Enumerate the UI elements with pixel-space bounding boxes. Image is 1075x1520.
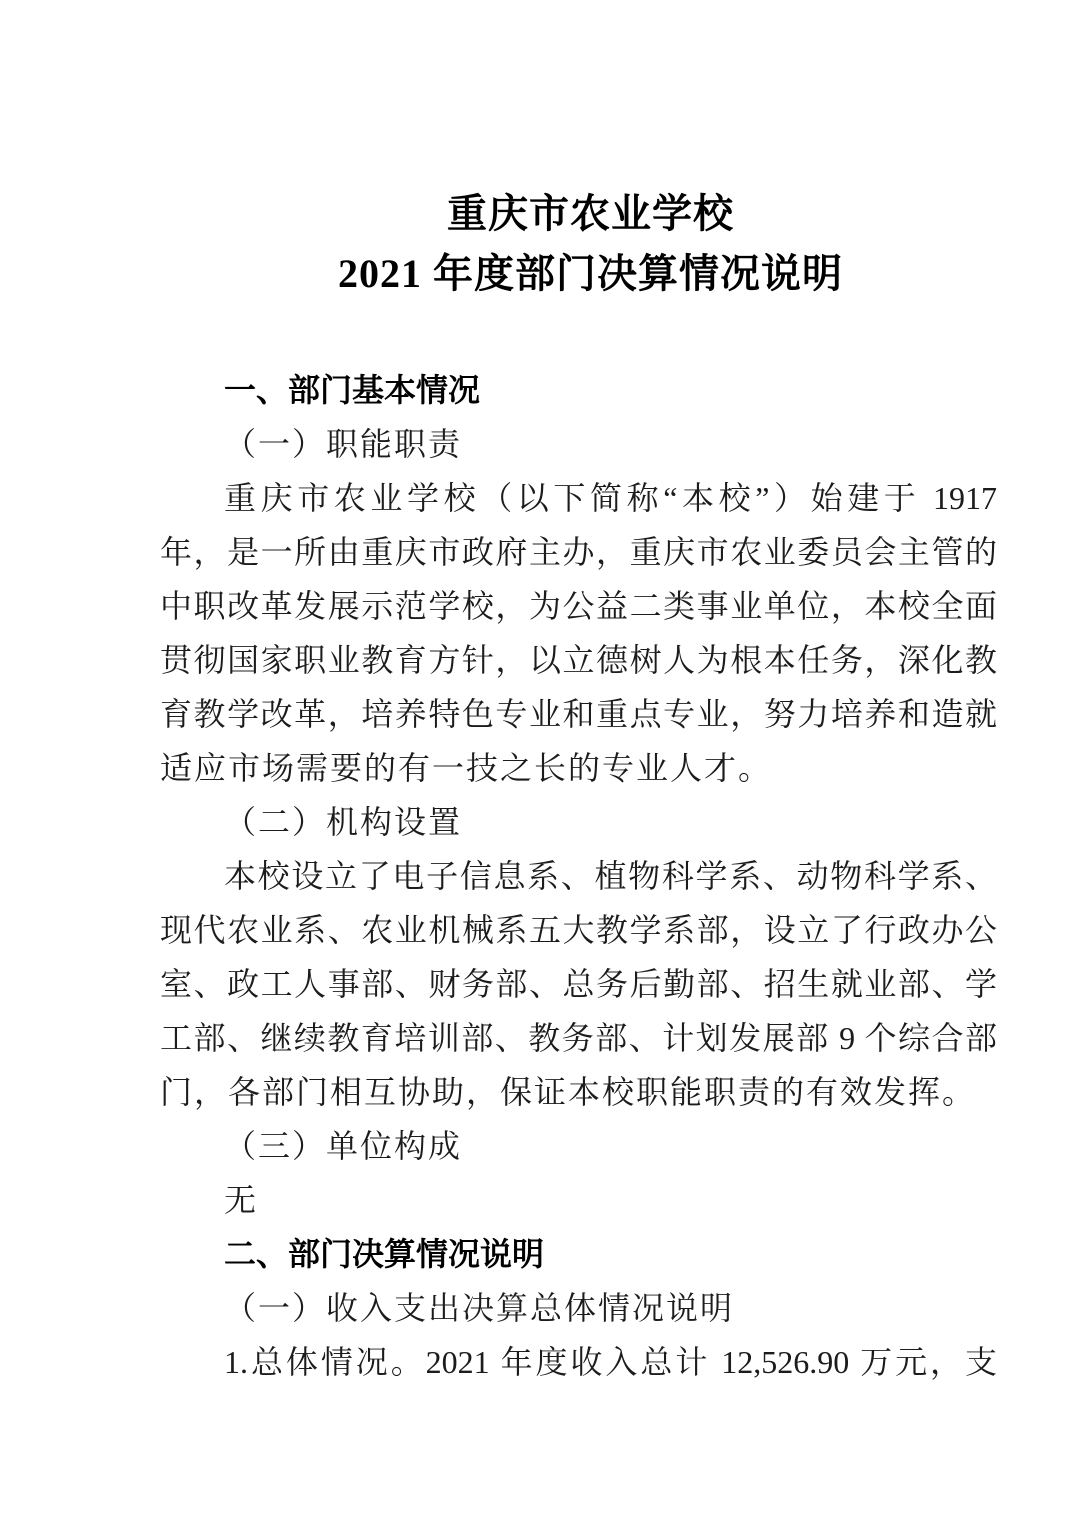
unit-composition-value: 无 — [160, 1173, 997, 1227]
document-page: 重庆市农业学校 2021 年度部门决算情况说明 一、部门基本情况 （一）职能职责… — [0, 0, 1075, 1520]
body-text-line: 育教学改革，培养特色专业和重点专业，努力培养和造就 — [160, 687, 997, 741]
body-text-line: 工部、继续教育培训部、教务部、计划发展部 9 个综合部 — [160, 1011, 997, 1065]
body-text-line: 中职改革发展示范学校，为公益二类事业单位，本校全面 — [160, 579, 997, 633]
document-title: 重庆市农业学校 2021 年度部门决算情况说明 — [172, 184, 1009, 304]
subsection-heading-revenue-expenditure: （一）收入支出决算总体情况说明 — [160, 1281, 997, 1335]
body-text-line: 年，是一所由重庆市政府主办，重庆市农业委员会主管的 — [160, 525, 997, 579]
section-heading-final-accounts: 二、部门决算情况说明 — [160, 1227, 997, 1281]
body-text-line: 现代农业系、农业机械系五大教学系部，设立了行政办公 — [160, 903, 997, 957]
subsection-heading-duties: （一）职能职责 — [160, 417, 997, 471]
body-text-line: 贯彻国家职业教育方针，以立德树人为根本任务，深化教 — [160, 633, 997, 687]
section-heading-basic-info: 一、部门基本情况 — [160, 363, 997, 417]
body-text-line: 适应市场需要的有一技之长的专业人才。 — [160, 741, 997, 795]
body-text-line: 室、政工人事部、财务部、总务后勤部、招生就业部、学 — [160, 957, 997, 1011]
body-text-line: 重庆市农业学校（以下简称“本校”）始建于 1917 — [160, 471, 997, 525]
body-text-line: 1.总体情况。2021 年度收入总计 12,526.90 万元，支 — [160, 1335, 997, 1389]
body-text-line: 本校设立了电子信息系、植物科学系、动物科学系、 — [160, 849, 997, 903]
document-title-line-2: 2021 年度部门决算情况说明 — [172, 244, 1009, 304]
subsection-heading-unit-composition: （三）单位构成 — [160, 1119, 997, 1173]
body-text-line: 门，各部门相互协助，保证本校职能职责的有效发挥。 — [160, 1065, 997, 1119]
document-title-line-1: 重庆市农业学校 — [172, 184, 1009, 244]
subsection-heading-organization: （二）机构设置 — [160, 795, 997, 849]
